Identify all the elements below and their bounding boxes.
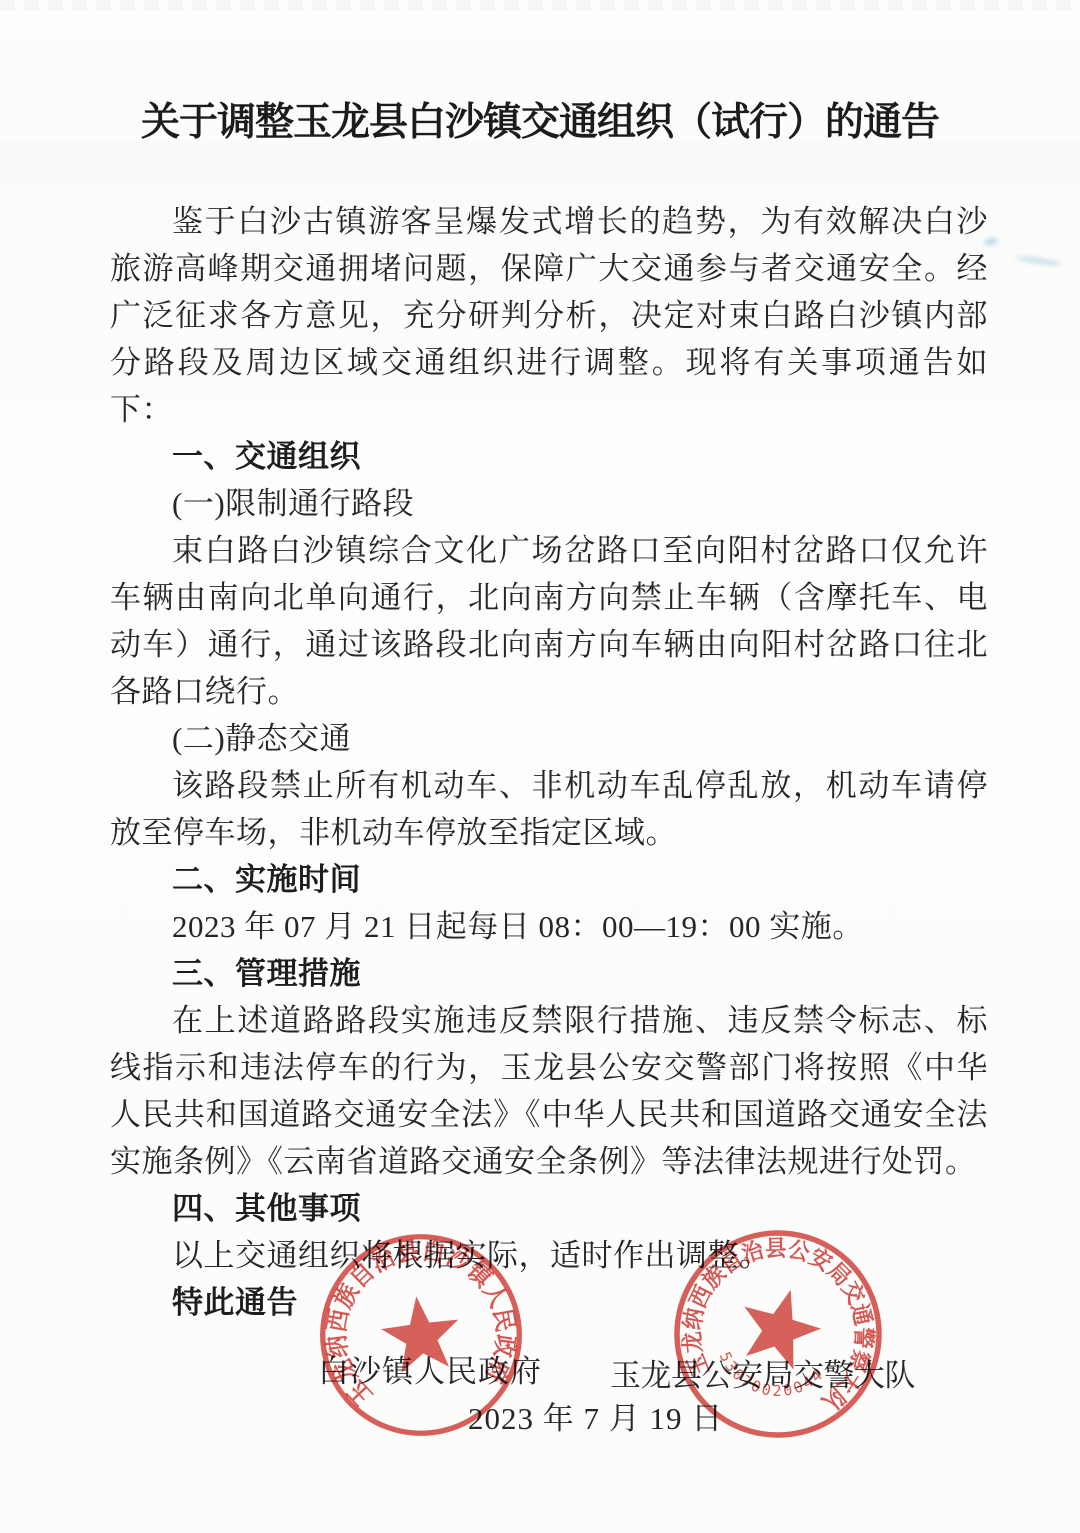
notice-body: 鉴于白沙古镇游客呈爆发式增长的趋势，为有效解决白沙旅游高峰期交通拥堵问题，保障广…	[110, 198, 988, 1326]
section-3-heading: 三、管理措施	[110, 950, 988, 997]
section-4-heading: 四、其他事项	[110, 1185, 988, 1232]
intro-paragraph: 鉴于白沙古镇游客呈爆发式增长的趋势，为有效解决白沙旅游高峰期交通拥堵问题，保障广…	[110, 198, 988, 433]
section-2-heading: 二、实施时间	[110, 856, 988, 903]
section-2-body: 2023 年 07 月 21 日起每日 08：00—19：00 实施。	[110, 903, 988, 950]
section-3-body: 在上述道路路段实施违反禁限行措施、违反禁令标志、标线指示和违法停车的行为，玉龙县…	[110, 997, 988, 1185]
star-icon	[378, 1292, 464, 1375]
scan-artifact-strip	[0, 0, 1080, 11]
ink-smudge	[1016, 255, 1062, 267]
section-1-sub-2: (二)静态交通	[110, 715, 988, 762]
section-1-sub-2-body: 该路段禁止所有机动车、非机动车乱停乱放，机动车请停放至停车场，非机动车停放至指定…	[110, 762, 988, 856]
star-icon	[731, 1279, 829, 1374]
notice-document: 关于调整玉龙县白沙镇交通组织（试行）的通告 鉴于白沙古镇游客呈爆发式增长的趋势，…	[0, 0, 1080, 1533]
section-1-sub-1-body: 束白路白沙镇综合文化广场岔路口至向阳村岔路口仅允许车辆由南向北单向通行，北向南方…	[110, 527, 988, 715]
notice-title: 关于调整玉龙县白沙镇交通组织（试行）的通告	[60, 94, 1020, 152]
section-1-heading: 一、交通组织	[110, 433, 988, 480]
section-1-sub-1: (一)限制通行路段	[110, 480, 988, 527]
official-seal-town-government: 玉龙纳西族自治县白沙镇人民政府	[302, 1216, 540, 1454]
